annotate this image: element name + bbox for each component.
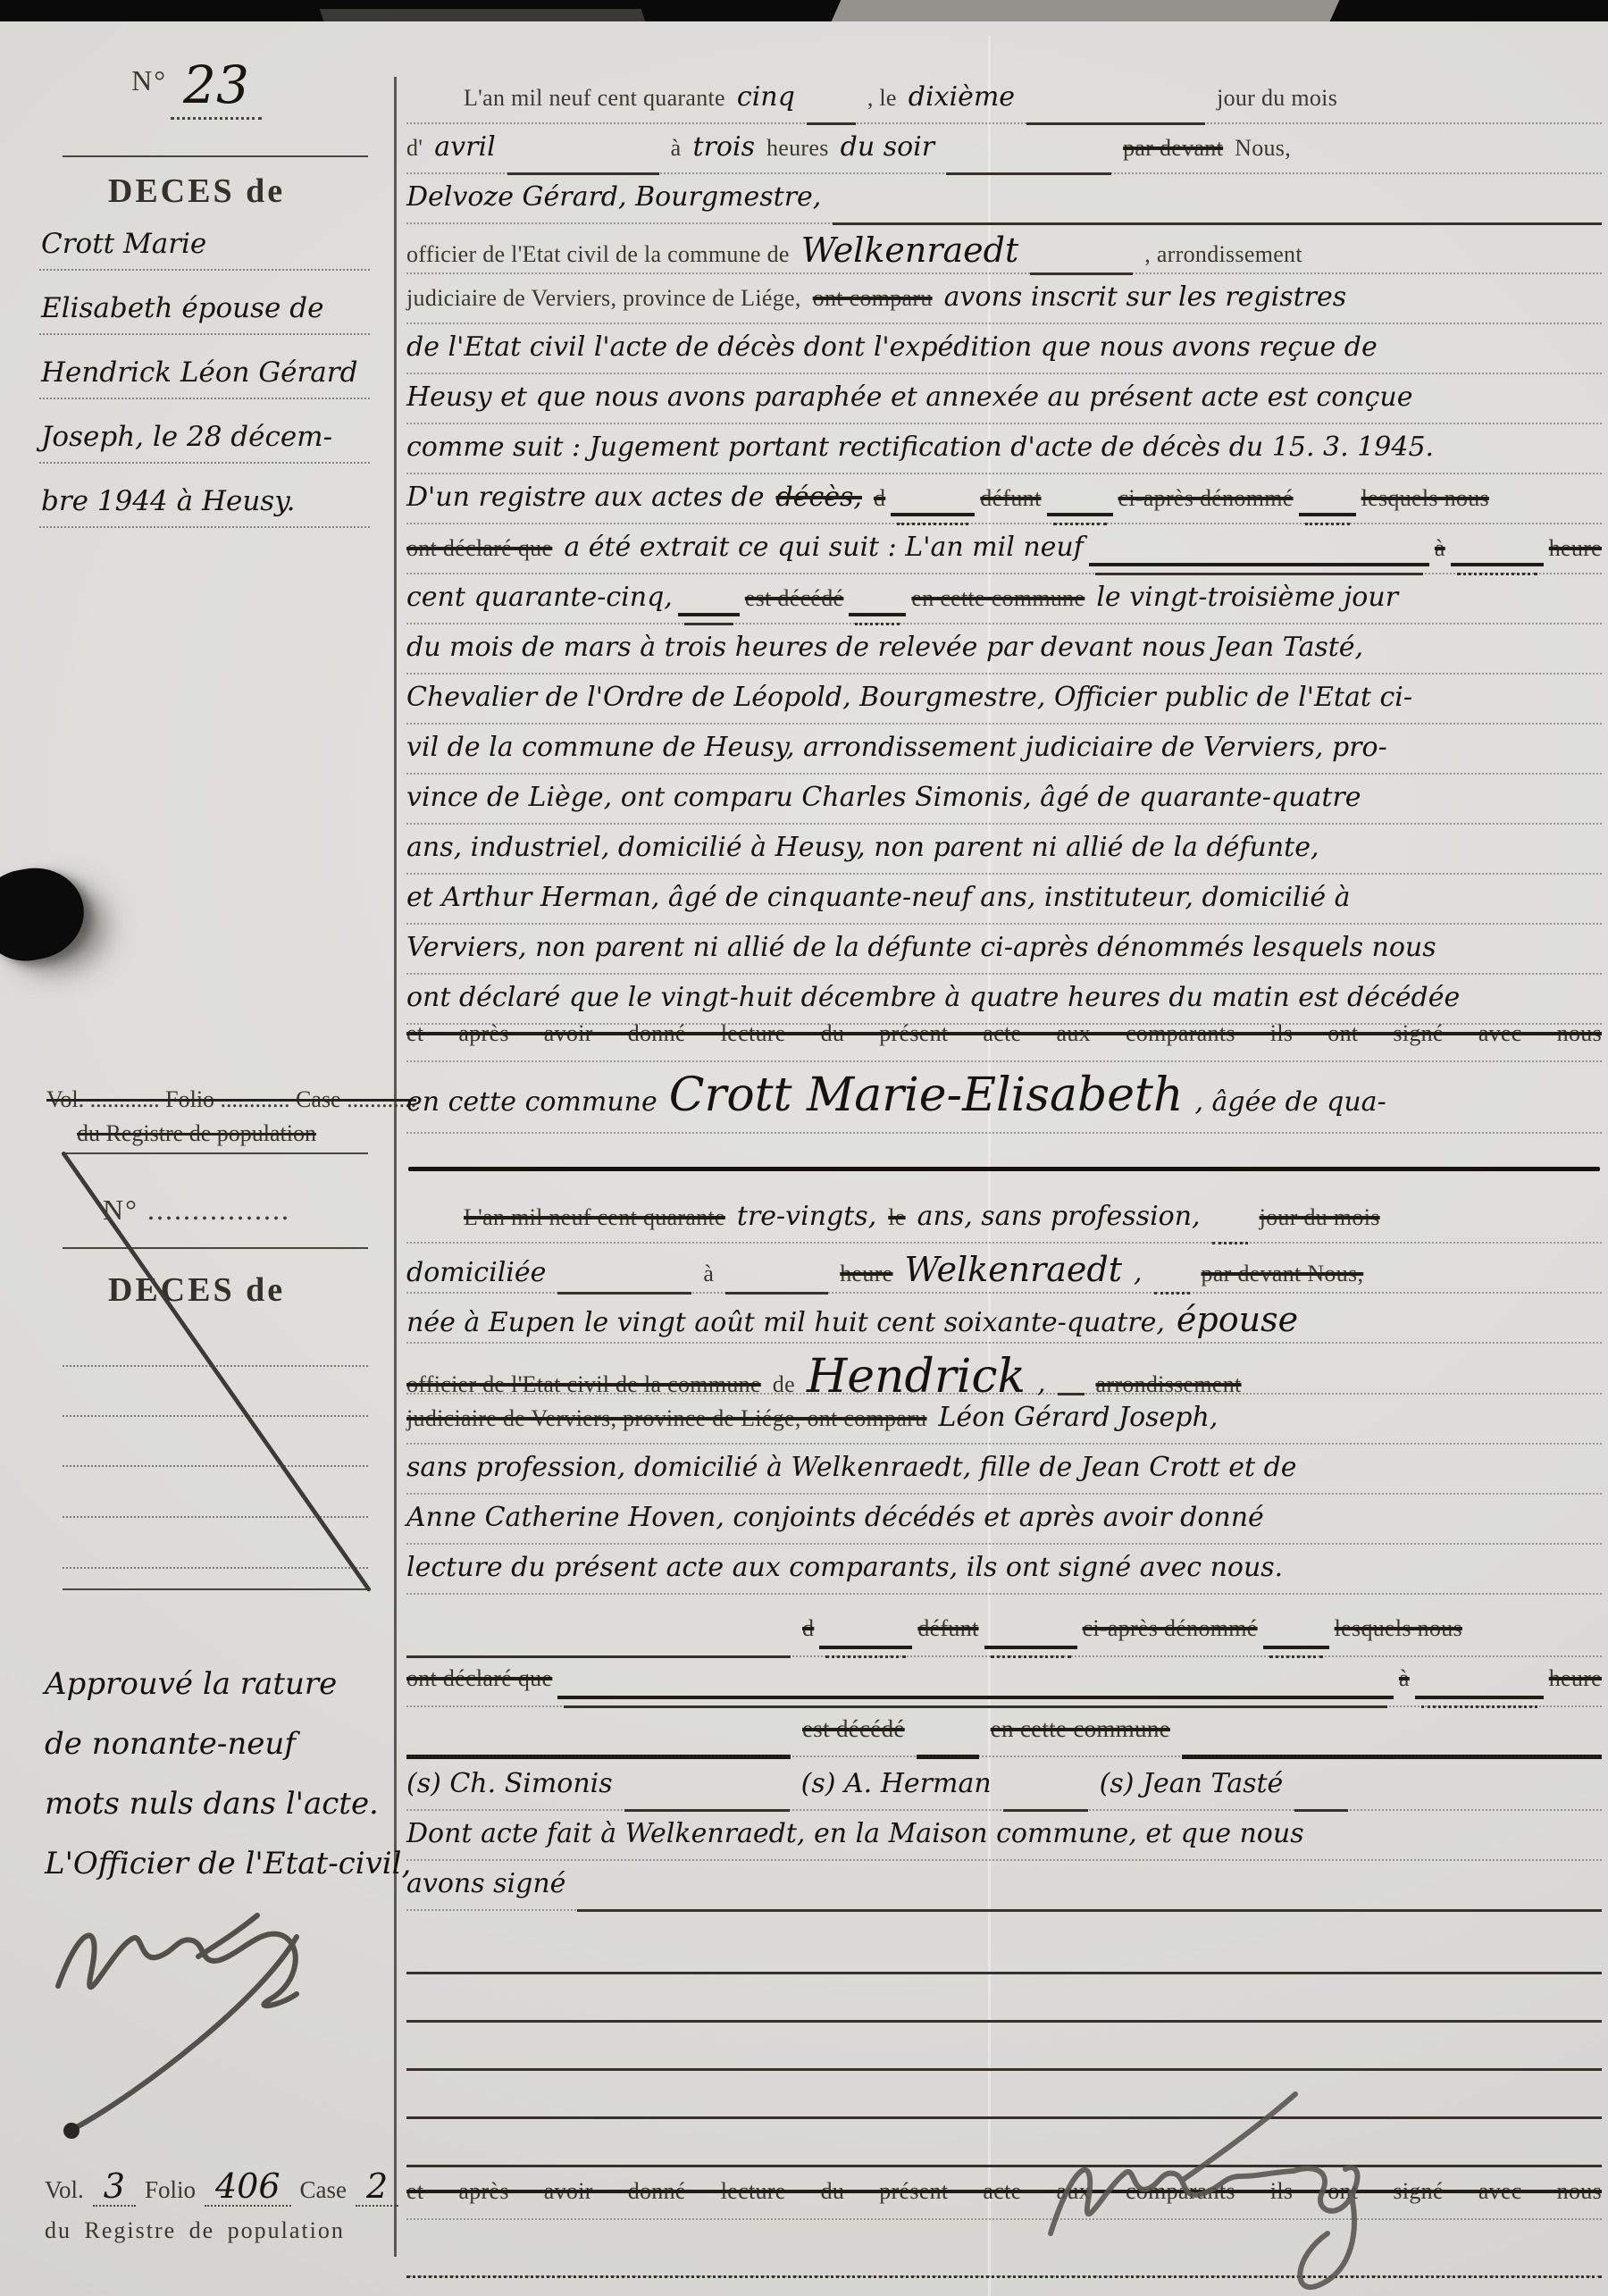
handwritten-text: Welkenraedt bbox=[801, 232, 1019, 270]
printed-text: d bbox=[802, 1615, 814, 1642]
handwritten-text: née à Eupen le vingt août mil huit cent … bbox=[406, 1308, 1165, 1337]
printed-text: Nous, bbox=[1235, 135, 1291, 162]
handwritten-text: a été extrait ce qui suit : L'an mil neu… bbox=[564, 532, 1084, 562]
printed-text: ci-après dénommé bbox=[1118, 485, 1294, 512]
printed-text: par devant bbox=[1123, 135, 1223, 162]
handwritten-text: Verviers, non parent ni allié de la défu… bbox=[406, 933, 1436, 962]
handwritten-text: dixième bbox=[909, 82, 1015, 112]
fill-line bbox=[577, 1897, 1602, 1912]
officer-signature-icon bbox=[27, 1901, 384, 2160]
case-value: 2 bbox=[356, 2169, 398, 2207]
printed-text: jour du mois bbox=[1217, 85, 1337, 112]
fill-line bbox=[1030, 260, 1133, 275]
act-line: vince de Liège, ont comparu Charles Simo… bbox=[406, 783, 1602, 833]
fill-line bbox=[557, 1279, 691, 1295]
printed-text: par devant Nous, bbox=[1202, 1261, 1364, 1287]
section-divider bbox=[408, 1167, 1600, 1171]
printed-text: ont comparu bbox=[813, 285, 933, 312]
printed-text: judiciaire de Verviers, province de Liég… bbox=[406, 285, 801, 312]
act-line: D'un registre aux actes dedécès,ddéfuntc… bbox=[406, 482, 1602, 532]
fill-line bbox=[725, 1279, 828, 1295]
printed-text: heure bbox=[840, 1261, 892, 1287]
register-label: du Registre de population bbox=[45, 2217, 345, 2244]
handwritten-text: vince de Liège, ont comparu Charles Simo… bbox=[406, 783, 1361, 812]
handwritten-text: cent quarante-cinq, bbox=[406, 582, 673, 612]
printed-text: , arrondissement bbox=[1144, 241, 1302, 268]
act-line: et Arthur Herman, âgé de cinquante-neuf … bbox=[406, 883, 1602, 933]
fill-line bbox=[684, 610, 733, 625]
printed-text: lesquels nous bbox=[1361, 485, 1489, 512]
folio-value: 406 bbox=[205, 2169, 291, 2207]
printed-text: arrondissement bbox=[1096, 1371, 1242, 1398]
handwritten-text: Léon Gérard Joseph, bbox=[938, 1403, 1218, 1432]
act-line: Verviers, non parent ni allié de la défu… bbox=[406, 933, 1602, 983]
fill-line bbox=[807, 110, 856, 125]
act-line: du mois de mars à trois heures de relevé… bbox=[406, 633, 1602, 683]
blank-rule-line bbox=[406, 1982, 1602, 2030]
act-line: d'avrilàtroisheuresdu soirpar devantNous… bbox=[406, 132, 1602, 182]
handwritten-text: Chevalier de l'Ordre de Léopold, Bourgme… bbox=[406, 683, 1412, 712]
fill-line bbox=[406, 2056, 1602, 2071]
approval-note: Approuvé la rature de nonante-neuf mots … bbox=[25, 1669, 375, 1908]
handwritten-text: trois bbox=[693, 132, 755, 162]
printed-text: défunt bbox=[917, 1615, 978, 1642]
act-line: officier de l'Etat civil de la communede… bbox=[406, 1352, 1602, 1403]
printed-text: officier de l'Etat civil de la commune d… bbox=[406, 241, 790, 268]
act-line: née à Eupen le vingt août mil huit cent … bbox=[406, 1302, 1602, 1352]
handwritten-text: Delvoze Gérard, Bourgmestre, bbox=[406, 182, 821, 212]
approval-note-line: Approuvé la rature bbox=[25, 1669, 375, 1699]
handwritten-text: de l'Etat civil l'acte de décès dont l'e… bbox=[406, 332, 1378, 362]
printed-text: d bbox=[874, 485, 885, 512]
act-line: ont déclaré quea été extrait ce qui suit… bbox=[406, 532, 1602, 582]
printed-text: défunt bbox=[980, 485, 1041, 512]
act-line: Heusy et que nous avons paraphée et anne… bbox=[406, 382, 1602, 432]
handwritten-text: Dont acte fait à Welkenraedt, en la Mais… bbox=[406, 1819, 1304, 1848]
margin-note-line: Hendrick Léon Gérard bbox=[39, 359, 370, 399]
handwritten-text: D'un registre aux actes de bbox=[406, 482, 765, 512]
handwritten-text: , âgée de qua- bbox=[1194, 1087, 1386, 1117]
blank-deces-heading: DECES de bbox=[0, 1270, 393, 1310]
margin-rule bbox=[63, 1588, 368, 1590]
handwritten-text: vil de la commune de Heusy, arrondisseme… bbox=[406, 733, 1387, 762]
act-line: lecture du présent acte aux comparants, … bbox=[406, 1553, 1602, 1603]
act-line: cent quarante-cinq,est décédéen cette co… bbox=[406, 582, 1602, 633]
approval-note-line: de nonante-neuf bbox=[25, 1729, 375, 1759]
act-line: domiciliéeàheureWelkenraedt,par devant N… bbox=[406, 1252, 1602, 1302]
act-line: vil de la commune de Heusy, arrondisseme… bbox=[406, 733, 1602, 783]
handwritten-text: (s) A. Herman bbox=[801, 1769, 992, 1798]
printed-text: L'an mil neuf cent quarante bbox=[464, 1204, 725, 1231]
margin-note-line: Joseph, le 28 décem- bbox=[39, 423, 370, 464]
fill-line bbox=[1053, 510, 1107, 525]
fill-line bbox=[624, 1797, 790, 1812]
margin-rule bbox=[63, 1247, 368, 1249]
handwritten-text: comme suit : Jugement portant rectificat… bbox=[406, 432, 1434, 462]
printed-text: heure bbox=[1549, 535, 1602, 562]
act-line: Anne Catherine Hoven, conjoints décédés … bbox=[406, 1503, 1602, 1553]
fill-line bbox=[946, 160, 1111, 175]
handwritten-text: ont déclaré que le vingt-huit décembre à… bbox=[406, 983, 1460, 1012]
printed-text: à bbox=[1435, 535, 1445, 562]
fill-line bbox=[1269, 1643, 1323, 1658]
fill-line bbox=[1058, 1380, 1085, 1395]
act-line: Dont acte fait à Welkenraedt, en la Mais… bbox=[406, 1819, 1602, 1869]
dotted-line bbox=[63, 1516, 368, 1518]
officer-signature-icon bbox=[999, 2080, 1428, 2296]
act-line: ddéfuntci-après dénommélesquels nous bbox=[406, 1615, 1602, 1665]
fill-line bbox=[1421, 1693, 1537, 1708]
officer-signature-margin bbox=[27, 1901, 384, 2160]
handwritten-text: épouse bbox=[1177, 1302, 1298, 1339]
act-line: ont déclaré queàheure bbox=[406, 1665, 1602, 1715]
fill-line bbox=[855, 610, 900, 625]
margin-note-line: bre 1944 à Heusy. bbox=[39, 488, 370, 528]
folio-label: Folio bbox=[145, 2176, 196, 2204]
record-number-value: 23 bbox=[171, 54, 262, 120]
handwritten-text: ans, sans profession, bbox=[917, 1202, 1201, 1231]
fill-line bbox=[1182, 1742, 1602, 1759]
printed-text: à bbox=[1399, 1665, 1410, 1692]
act-line: ans, industriel, domicilié à Heusy, non … bbox=[406, 833, 1602, 883]
handwritten-text: sans profession, domicilié à Welkenraedt… bbox=[406, 1453, 1297, 1482]
printed-text: ont déclaré que bbox=[406, 1665, 552, 1692]
fill-line bbox=[833, 210, 1602, 225]
handwritten-text: Hendrick bbox=[807, 1352, 1026, 1403]
printed-text: à bbox=[703, 1261, 714, 1287]
dotted-line bbox=[63, 1465, 368, 1467]
handwritten-text: le vingt-troisième jour bbox=[1096, 582, 1398, 612]
margin-rule bbox=[63, 1152, 368, 1154]
fill-line bbox=[991, 1643, 1071, 1658]
printed-text: est décédé bbox=[745, 585, 844, 612]
ink-blot bbox=[63, 2123, 80, 2139]
handwritten-text: Crott Marie-Elisabeth bbox=[669, 1070, 1184, 1121]
fill-line bbox=[1095, 560, 1423, 575]
act-line: Delvoze Gérard, Bourgmestre, bbox=[406, 182, 1602, 232]
officer-signature-act bbox=[999, 2080, 1428, 2296]
handwritten-text: Welkenraedt bbox=[905, 1252, 1123, 1289]
fill-line bbox=[825, 1643, 906, 1658]
printed-text: en cette commune bbox=[991, 1715, 1170, 1743]
handwritten-text: , bbox=[1134, 1258, 1143, 1287]
case-label: Case bbox=[300, 2176, 347, 2204]
fill-line bbox=[1457, 560, 1537, 575]
act-line: (s) Ch. Simonis(s) A. Herman(s) Jean Tas… bbox=[406, 1769, 1602, 1819]
act-line: judiciaire de Verviers, province de Liég… bbox=[406, 282, 1602, 332]
margin-note-line: Crott Marie bbox=[39, 230, 370, 271]
act-line: judiciaire de Verviers, province de Liég… bbox=[406, 1403, 1602, 1453]
act-line: en cette communeCrott Marie-Elisabeth, â… bbox=[406, 1070, 1602, 1142]
dotted-line bbox=[63, 1567, 368, 1569]
blank-rule-line bbox=[406, 2030, 1602, 2078]
handwritten-text: avril bbox=[434, 132, 495, 162]
handwritten-text: Anne Catherine Hoven, conjoints décédés … bbox=[406, 1503, 1264, 1532]
act-line: sans profession, domicilié à Welkenraedt… bbox=[406, 1453, 1602, 1503]
handwritten-text: ans, industriel, domicilié à Heusy, non … bbox=[406, 833, 1319, 862]
fill-line bbox=[1003, 1797, 1088, 1812]
vol-label: Vol. bbox=[45, 2176, 84, 2204]
margin-column: N° 23 DECES de Crott Marie Elisabeth épo… bbox=[0, 0, 393, 2296]
cancelled-reference-row: Vol. ............ Folio ............ Cas… bbox=[46, 1086, 370, 1113]
handwritten-text: en cette commune bbox=[406, 1087, 657, 1117]
handwritten-text: du mois de mars à trois heures de relevé… bbox=[406, 633, 1363, 662]
printed-text: L'an mil neuf cent quarante bbox=[464, 85, 725, 112]
record-number-label: N° bbox=[131, 64, 167, 96]
handwritten-text: décès, bbox=[776, 482, 862, 512]
printed-text: heures bbox=[766, 135, 829, 162]
deces-heading: DECES de bbox=[0, 172, 393, 211]
column-separator-line bbox=[394, 77, 397, 2257]
act-line: L'an mil neuf cent quarantetre-vingts,le… bbox=[406, 1202, 1602, 1252]
register-reference: Vol. 3 Folio 406 Case 2 bbox=[45, 2169, 375, 2207]
printed-text: le bbox=[888, 1204, 905, 1231]
fill-line bbox=[1154, 1279, 1190, 1295]
printed-text: à bbox=[671, 135, 682, 162]
act-line: et après avoir donné lecture du présent … bbox=[406, 1020, 1602, 1070]
act-line: officier de l'Etat civil de la commune d… bbox=[406, 232, 1602, 282]
scan-edge-highlight bbox=[832, 0, 1340, 21]
margin-note-line: Elisabeth épouse de bbox=[39, 295, 370, 335]
printed-text: , le bbox=[867, 85, 897, 112]
printed-text: jour du mois bbox=[1260, 1204, 1380, 1231]
fill-line bbox=[897, 510, 968, 525]
handwritten-text: avons inscrit sur les registres bbox=[944, 282, 1347, 312]
printed-text: ci-après dénommé bbox=[1083, 1615, 1258, 1642]
fill-line bbox=[1026, 110, 1205, 125]
fill-line bbox=[564, 1693, 1387, 1708]
handwritten-text: avons signé bbox=[406, 1869, 565, 1898]
approval-note-line: mots nuls dans l'acte. bbox=[25, 1789, 375, 1819]
printed-text: heure bbox=[1549, 1665, 1602, 1692]
act-line: Chevalier de l'Ordre de Léopold, Bourgme… bbox=[406, 683, 1602, 733]
handwritten-text: domiciliée bbox=[406, 1258, 546, 1287]
fill-line bbox=[406, 1742, 791, 1759]
handwritten-text: et Arthur Herman, âgé de cinquante-neuf … bbox=[406, 883, 1351, 912]
fill-line bbox=[406, 1643, 791, 1658]
fill-line bbox=[406, 2007, 1602, 2023]
handwritten-text: , bbox=[1037, 1369, 1046, 1398]
handwritten-text: lecture du présent acte aux comparants, … bbox=[406, 1553, 1283, 1582]
fill-line bbox=[917, 1742, 979, 1759]
printed-text: ont déclaré que bbox=[406, 535, 552, 562]
fill-line bbox=[1212, 1229, 1248, 1244]
margin-rule bbox=[63, 155, 368, 157]
act-line: L'an mil neuf cent quarantecinq, ledixiè… bbox=[406, 82, 1602, 132]
printed-text: lesquels nous bbox=[1335, 1615, 1462, 1642]
dotted-line bbox=[63, 1415, 368, 1417]
handwritten-text: du soir bbox=[841, 132, 934, 162]
act-line: comme suit : Jugement portant rectificat… bbox=[406, 432, 1602, 482]
cancelled-register-label: du Registre de population bbox=[0, 1120, 393, 1147]
approval-note-line: L'Officier de l'Etat-civil, bbox=[25, 1848, 375, 1879]
margin-notes: Crott Marie Elisabeth épouse de Hendrick… bbox=[39, 230, 370, 552]
handwritten-text: tre-vingts, bbox=[737, 1202, 876, 1231]
printed-text: en cette commune bbox=[911, 585, 1085, 612]
death-act-body: L'an mil neuf cent quarantecinq, ledixiè… bbox=[406, 82, 1602, 2285]
printed-text: et après avoir donné lecture du présent … bbox=[406, 1020, 1602, 1047]
act-line: avons signé bbox=[406, 1869, 1602, 1919]
handwritten-text: (s) Ch. Simonis bbox=[406, 1769, 613, 1798]
act-line: de l'Etat civil l'acte de décès dont l'e… bbox=[406, 332, 1602, 382]
handwritten-text: Heusy et que nous avons paraphée et anne… bbox=[406, 382, 1412, 412]
vol-value: 3 bbox=[93, 2169, 136, 2207]
act-line: est décédéen cette commune bbox=[406, 1715, 1602, 1765]
fill-line bbox=[1305, 510, 1350, 525]
handwritten-text: (s) Jean Tasté bbox=[1100, 1769, 1284, 1798]
fill-line bbox=[406, 1959, 1602, 1974]
register-page: N° 23 DECES de Crott Marie Elisabeth épo… bbox=[0, 0, 1608, 2296]
printed-text: judiciaire de Verviers, province de Liég… bbox=[406, 1405, 926, 1432]
fill-line bbox=[507, 160, 659, 175]
blank-rule-line bbox=[406, 1933, 1602, 1982]
printed-text: de bbox=[773, 1371, 795, 1398]
record-number: N° 23 bbox=[0, 59, 393, 111]
handwritten-text: cinq bbox=[737, 82, 795, 112]
printed-text: officier de l'Etat civil de la commune bbox=[406, 1371, 761, 1398]
printed-text: est décédé bbox=[802, 1715, 905, 1743]
blank-record-number: N° ................ bbox=[0, 1194, 393, 1227]
fill-line bbox=[1294, 1797, 1348, 1812]
printed-text: d' bbox=[406, 135, 423, 162]
